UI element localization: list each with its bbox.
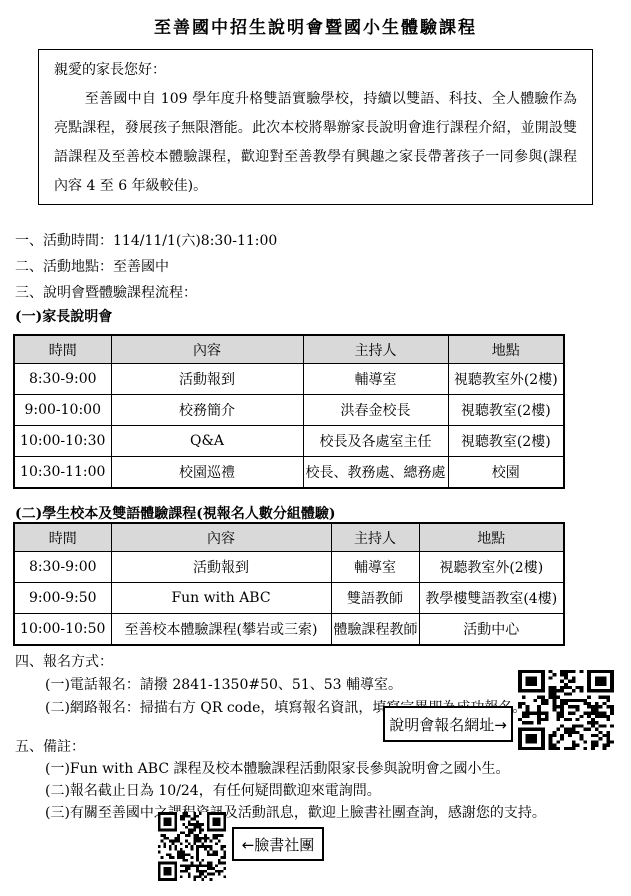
table-cell: 9:00-9:50 [14, 583, 111, 614]
table-cell: 視聽教室外(2樓) [419, 552, 564, 583]
table-cell: 至善校本體驗課程(攀岩或三索) [111, 614, 331, 646]
column-header: 地點 [419, 523, 564, 552]
registration-url-label-box: 說明會報名網址→ [383, 706, 513, 742]
page-title: 至善國中招生說明會暨國小生體驗課程 [0, 13, 631, 38]
section2-heading: (二)學生校本及雙語體驗課程(視報名人數分組體驗) [15, 503, 336, 523]
table-cell: 10:00-10:30 [14, 426, 111, 457]
table-cell: 體驗課程教師 [331, 614, 419, 646]
table-row: 9:00-10:00校務簡介洪春金校長視聽教室(2樓) [14, 395, 564, 426]
table-cell: 教學樓雙語教室(4樓) [419, 583, 564, 614]
notes-heading: 五、備註： [15, 736, 85, 756]
table-row: 9:00-9:50Fun with ABC雙語教師教學樓雙語教室(4樓) [14, 583, 564, 614]
parent-letter-box: 親愛的家長您好： 至善國中自 109 學年度升格雙語實驗學校，持續以雙語、科技、… [38, 49, 593, 205]
table-cell: 校園 [448, 457, 564, 489]
table-cell: 校長及各處室主任 [303, 426, 448, 457]
table-cell: 活動報到 [111, 364, 303, 395]
column-header: 時間 [14, 523, 111, 552]
table-cell: 雙語教師 [331, 583, 419, 614]
column-header: 主持人 [303, 335, 448, 364]
table-cell: Fun with ABC [111, 583, 331, 614]
activity-time-line: 一、活動時間：114/11/1(六)8:30-11:00 [15, 230, 277, 250]
parent-session-table: 時間內容主持人地點8:30-9:00活動報到輔導室視聽教室外(2樓)9:00-1… [13, 334, 565, 489]
table-row: 8:30-9:00活動報到輔導室視聽教室外(2樓) [14, 552, 564, 583]
table-header-row: 時間內容主持人地點 [14, 335, 564, 364]
note-item-3: (三)有關至善國中之課程資訊及活動訊息，歡迎上臉書社團查詢，感謝您的支持。 [45, 802, 546, 822]
table-row: 10:30-11:00校園巡禮校長、教務處、總務處校園 [14, 457, 564, 489]
table-cell: 輔導室 [331, 552, 419, 583]
table-cell: 視聽教室(2樓) [448, 426, 564, 457]
table-row: 10:00-10:50至善校本體驗課程(攀岩或三索)體驗課程教師活動中心 [14, 614, 564, 646]
table-cell: 校長、教務處、總務處 [303, 457, 448, 489]
table-cell: 8:30-9:00 [14, 364, 111, 395]
table-cell: 輔導室 [303, 364, 448, 395]
table-cell: 活動報到 [111, 552, 331, 583]
letter-greeting: 親愛的家長您好： [54, 56, 577, 85]
table-cell: 8:30-9:00 [14, 552, 111, 583]
registration-url-label: 說明會報名網址→ [389, 714, 507, 735]
column-header: 內容 [111, 523, 331, 552]
letter-body: 至善國中自 109 學年度升格雙語實驗學校，持續以雙語、科技、全人體驗作為亮點課… [54, 85, 577, 201]
table-cell: 校園巡禮 [111, 457, 303, 489]
registration-heading: 四、報名方式： [15, 651, 113, 671]
table-row: 8:30-9:00活動報到輔導室視聽教室外(2樓) [14, 364, 564, 395]
registration-item-phone: (一)電話報名：請撥 2841-1350#50、51、53 輔導室。 [45, 674, 402, 694]
table-row: 10:00-10:30Q&A校長及各處室主任視聽教室(2樓) [14, 426, 564, 457]
table-cell: Q&A [111, 426, 303, 457]
note-item-1: (一)Fun with ABC 課程及校本體驗課程活動限家長參與說明會之國小生。 [45, 758, 510, 778]
student-course-table: 時間內容主持人地點8:30-9:00活動報到輔導室視聽教室外(2樓)9:00-9… [13, 522, 565, 646]
table-header-row: 時間內容主持人地點 [14, 523, 564, 552]
column-header: 時間 [14, 335, 111, 364]
table-cell: 9:00-10:00 [14, 395, 111, 426]
facebook-qr-code-icon [158, 812, 226, 881]
table-cell: 視聽教室外(2樓) [448, 364, 564, 395]
section1-heading: (一)家長說明會 [15, 306, 112, 326]
table-cell: 校務簡介 [111, 395, 303, 426]
facebook-group-label: ←臉書社團 [242, 834, 315, 855]
facebook-group-label-box: ←臉書社團 [232, 827, 324, 861]
note-item-2: (二)報名截止日為 10/24，有任何疑問歡迎來電詢問。 [45, 780, 381, 800]
table-cell: 10:30-11:00 [14, 457, 111, 489]
table-cell: 洪春金校長 [303, 395, 448, 426]
activity-place-line: 二、活動地點：至善國中 [15, 256, 169, 276]
table-cell: 活動中心 [419, 614, 564, 646]
document-page: 至善國中招生說明會暨國小生體驗課程 親愛的家長您好： 至善國中自 109 學年度… [0, 0, 631, 896]
registration-qr-code-icon [518, 670, 614, 750]
activity-flow-line: 三、說明會暨體驗課程流程： [15, 282, 197, 302]
table-cell: 視聽教室(2樓) [448, 395, 564, 426]
column-header: 內容 [111, 335, 303, 364]
column-header: 地點 [448, 335, 564, 364]
column-header: 主持人 [331, 523, 419, 552]
table-cell: 10:00-10:50 [14, 614, 111, 646]
